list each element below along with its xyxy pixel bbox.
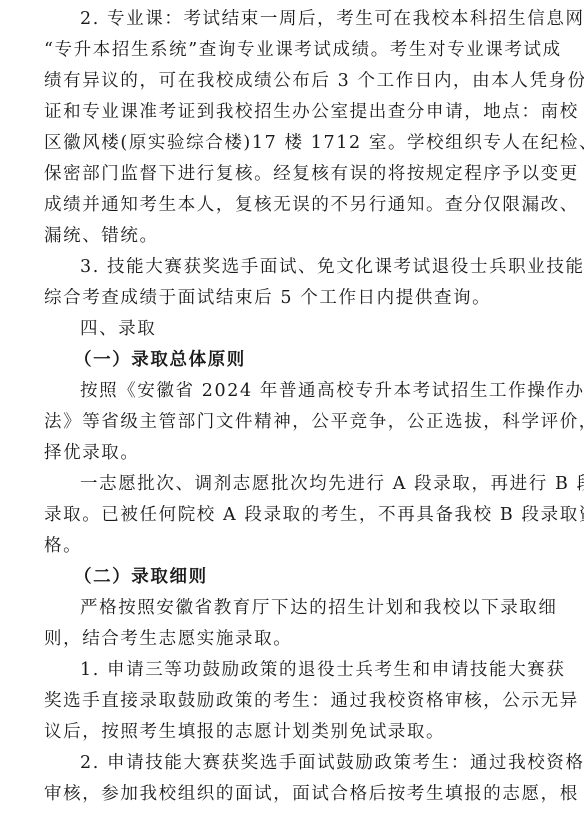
- paragraph-line: 绩有异议的，可在我校成绩公布后 3 个工作日内，由本人凭身份: [44, 66, 544, 97]
- paragraph-line: “专升本招生系统”查询专业课考试成绩。考生对专业课考试成: [44, 35, 544, 66]
- paragraph-line: 奖选手直接录取鼓励政策的考生：通过我校资格审核，公示无异: [44, 686, 544, 717]
- paragraph-line: 审核，参加我校组织的面试，面试合格后按考生填报的志愿，根: [44, 779, 544, 810]
- paragraph-line: 成绩并通知考生本人，复核无误的不另行通知。查分仅限漏改、: [44, 190, 544, 221]
- paragraph-line: 3. 技能大赛获奖选手面试、免文化课考试退役士兵职业技能: [44, 252, 544, 283]
- subsection-heading-detailed-rules: （二）录取细则: [44, 562, 544, 593]
- paragraph-line: 录取。已被任何院校 A 段录取的考生，不再具备我校 B 段录取资: [44, 500, 544, 531]
- paragraph-line: 1. 申请三等功鼓励政策的退役士兵考生和申请技能大赛获: [44, 655, 544, 686]
- paragraph-line: 综合考查成绩于面试结束后 5 个工作日内提供查询。: [44, 283, 544, 314]
- paragraph-line: 一志愿批次、调剂志愿批次均先进行 A 段录取，再进行 B 段: [44, 469, 544, 500]
- subsection-heading-general-principles: （一）录取总体原则: [44, 345, 544, 376]
- paragraph-line: 证和专业课准考证到我校招生办公室提出查分申请，地点：南校: [44, 97, 544, 128]
- paragraph-line: 保密部门监督下进行复核。经复核有误的将按规定程序予以变更: [44, 159, 544, 190]
- paragraph-line: 法》等省级主管部门文件精神，公平竞争，公正选拔，科学评价，: [44, 407, 544, 438]
- paragraph-line: 格。: [44, 531, 544, 562]
- paragraph-line: 议后，按照考生填报的志愿计划类别免试录取。: [44, 717, 544, 748]
- section-heading-admission: 四、录取: [44, 314, 544, 345]
- paragraph-line: 择优录取。: [44, 438, 544, 469]
- paragraph-line: 按照《安徽省 2024 年普通高校专升本考试招生工作操作办: [44, 376, 544, 407]
- paragraph-line: 区徽风楼(原实验综合楼)17 楼 1712 室。学校组织专人在纪检、: [44, 128, 544, 159]
- document-page: 2. 专业课：考试结束一周后，考生可在我校本科招生信息网 “专升本招生系统”查询…: [44, 4, 544, 810]
- paragraph-line: 严格按照安徽省教育厅下达的招生计划和我校以下录取细: [44, 593, 544, 624]
- paragraph-line: 漏统、错统。: [44, 221, 544, 252]
- paragraph-line: 则，结合考生志愿实施录取。: [44, 624, 544, 655]
- paragraph-line: 2. 专业课：考试结束一周后，考生可在我校本科招生信息网: [44, 4, 544, 35]
- paragraph-line: 2. 申请技能大赛获奖选手面试鼓励政策考生：通过我校资格: [44, 748, 544, 779]
